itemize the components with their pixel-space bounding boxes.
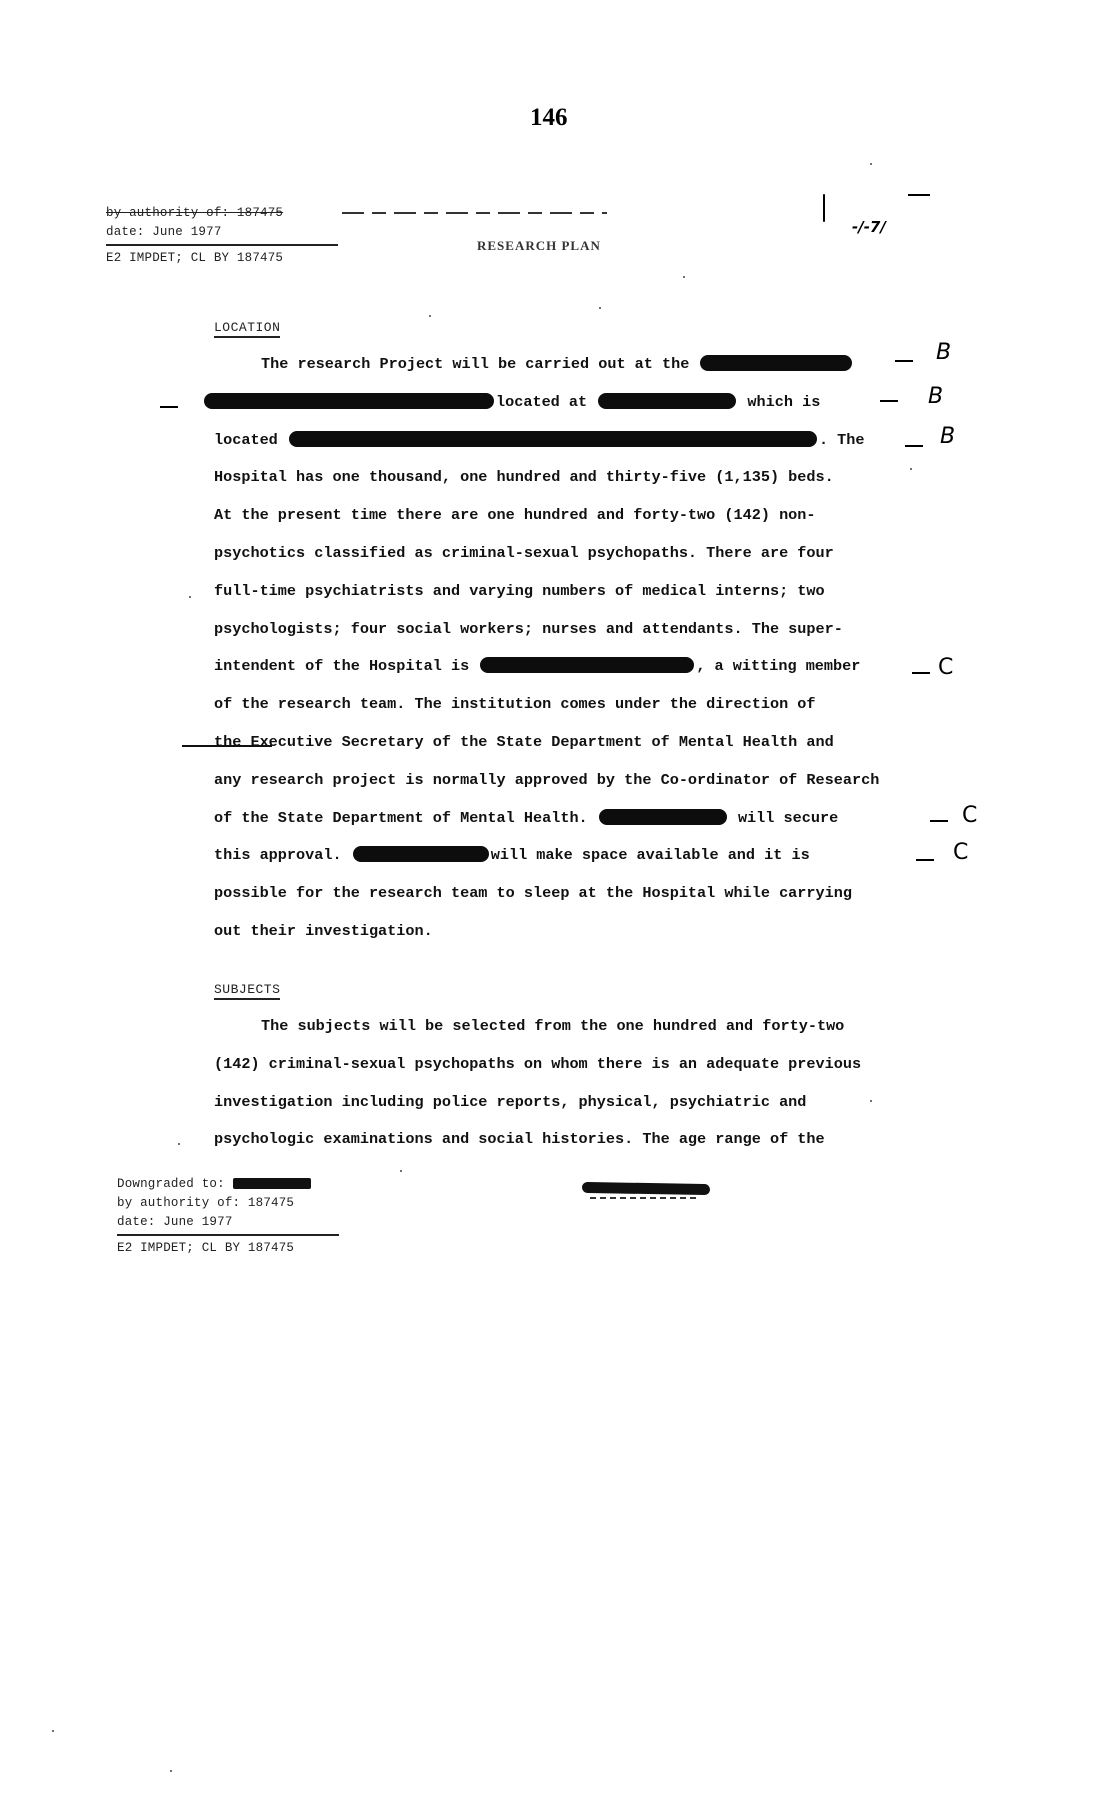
scan-speck	[599, 307, 601, 309]
downgraded-label: Downgraded to:	[117, 1177, 225, 1191]
redaction-block	[233, 1178, 311, 1189]
location-paragraph: The research Project will be carried out…	[214, 346, 914, 951]
redaction-block	[353, 846, 489, 862]
exemption-code-c2: C	[962, 803, 977, 828]
document-title: RESEARCH PLAN	[477, 238, 601, 254]
text-line: (142) criminal-sexual psychopaths on who…	[214, 1046, 914, 1084]
subjects-paragraph: The subjects will be selected from the o…	[214, 1008, 914, 1159]
text-line: psychotics classified as criminal-sexual…	[214, 535, 914, 573]
line-text: located	[214, 431, 278, 449]
line-text: which is	[747, 393, 820, 411]
scan-speck	[52, 1730, 54, 1732]
margin-dash	[912, 672, 930, 674]
footer-date-line: date: June 1977	[117, 1213, 339, 1232]
margin-dash	[880, 400, 898, 402]
text-line: full-time psychiatrists and varying numb…	[214, 573, 914, 611]
header-authority-line: by authority of: 187475	[106, 204, 338, 223]
text-line: At the present time there are one hundre…	[214, 497, 914, 535]
text-line: of the research team. The institution co…	[214, 686, 914, 724]
text-line: any research project is normally approve…	[214, 762, 914, 800]
top-right-handwritten-mark: -/-7/	[852, 218, 886, 236]
redacted-stamp-mark	[582, 1182, 710, 1195]
page-number: 146	[530, 104, 568, 132]
footer-stamp-rule	[117, 1234, 339, 1236]
text-line: located . The	[214, 422, 914, 460]
redaction-block	[700, 355, 852, 371]
scan-speck	[429, 315, 431, 317]
exemption-code-c1: C	[938, 655, 953, 680]
redaction-block	[599, 809, 727, 825]
text-line: possible for the research team to sleep …	[214, 875, 914, 913]
text-line: Hospital has one thousand, one hundred a…	[214, 459, 914, 497]
footer-classification-line: E2 IMPDET; CL BY 187475	[117, 1239, 339, 1258]
line-text: intendent of the Hospital is	[214, 657, 469, 675]
footer-downgraded-line: Downgraded to:	[117, 1175, 339, 1194]
text-line: out their investigation.	[214, 913, 914, 951]
redaction-block	[204, 393, 494, 409]
scan-speck	[683, 276, 685, 278]
header-dashed-rule	[342, 212, 607, 214]
footer-authority-line: by authority of: 187475	[117, 1194, 339, 1213]
header-classification-line: E2 IMPDET; CL BY 187475	[106, 249, 338, 268]
scan-speck	[400, 1170, 402, 1172]
text-line: located at which is	[202, 384, 914, 422]
scan-speck	[910, 468, 912, 470]
scan-speck	[189, 596, 191, 598]
scan-speck	[178, 1143, 180, 1145]
margin-dash	[916, 859, 934, 861]
exemption-code-b1: B	[936, 340, 951, 365]
handwritten-strike-line	[182, 745, 272, 747]
text-line: psychologists; four social workers; nurs…	[214, 611, 914, 649]
header-stamp-rule	[106, 244, 338, 246]
exemption-code-b3: B	[940, 424, 955, 449]
margin-dash	[160, 406, 178, 408]
exemption-code-c3: C	[953, 840, 968, 865]
margin-dash	[930, 820, 948, 822]
text-line: intendent of the Hospital is , a witting…	[214, 648, 914, 686]
margin-dash	[905, 445, 923, 447]
line-text: will make space available and it is	[491, 846, 810, 864]
text-line: psychologic examinations and social hist…	[214, 1121, 914, 1159]
exemption-code-b2: B	[928, 384, 943, 409]
text-line: investigation including police reports, …	[214, 1084, 914, 1122]
section-heading-location: LOCATION	[214, 320, 280, 338]
redaction-block	[598, 393, 736, 409]
text-line: the Executive Secretary of the State Dep…	[214, 724, 914, 762]
redaction-block	[289, 431, 817, 447]
scan-speck	[170, 1770, 172, 1772]
text-line: of the State Department of Mental Health…	[214, 800, 914, 838]
redaction-block	[480, 657, 694, 673]
header-date-line: date: June 1977	[106, 223, 338, 242]
line-text: . The	[819, 431, 865, 449]
handwritten-dash-mark	[908, 194, 930, 196]
section-heading-subjects: SUBJECTS	[214, 982, 280, 1000]
line-text: The research Project will be carried out…	[261, 355, 689, 373]
redacted-stamp-underline	[590, 1197, 700, 1199]
scan-speck	[870, 163, 872, 165]
scan-speck	[870, 1100, 872, 1102]
text-line: The subjects will be selected from the o…	[214, 1008, 914, 1046]
handwritten-bracket-mark	[823, 194, 825, 222]
line-text: this approval.	[214, 846, 342, 864]
text-line: this approval. will make space available…	[214, 837, 914, 875]
text-line: The research Project will be carried out…	[214, 346, 914, 384]
line-text: , a witting member	[696, 657, 860, 675]
margin-dash	[895, 360, 913, 362]
header-stamp: by authority of: 187475 date: June 1977 …	[106, 204, 338, 268]
line-text: located at	[496, 393, 587, 411]
line-text: of the State Department of Mental Health…	[214, 809, 588, 827]
footer-stamp: Downgraded to: by authority of: 187475 d…	[117, 1175, 339, 1258]
line-text: will secure	[738, 809, 838, 827]
